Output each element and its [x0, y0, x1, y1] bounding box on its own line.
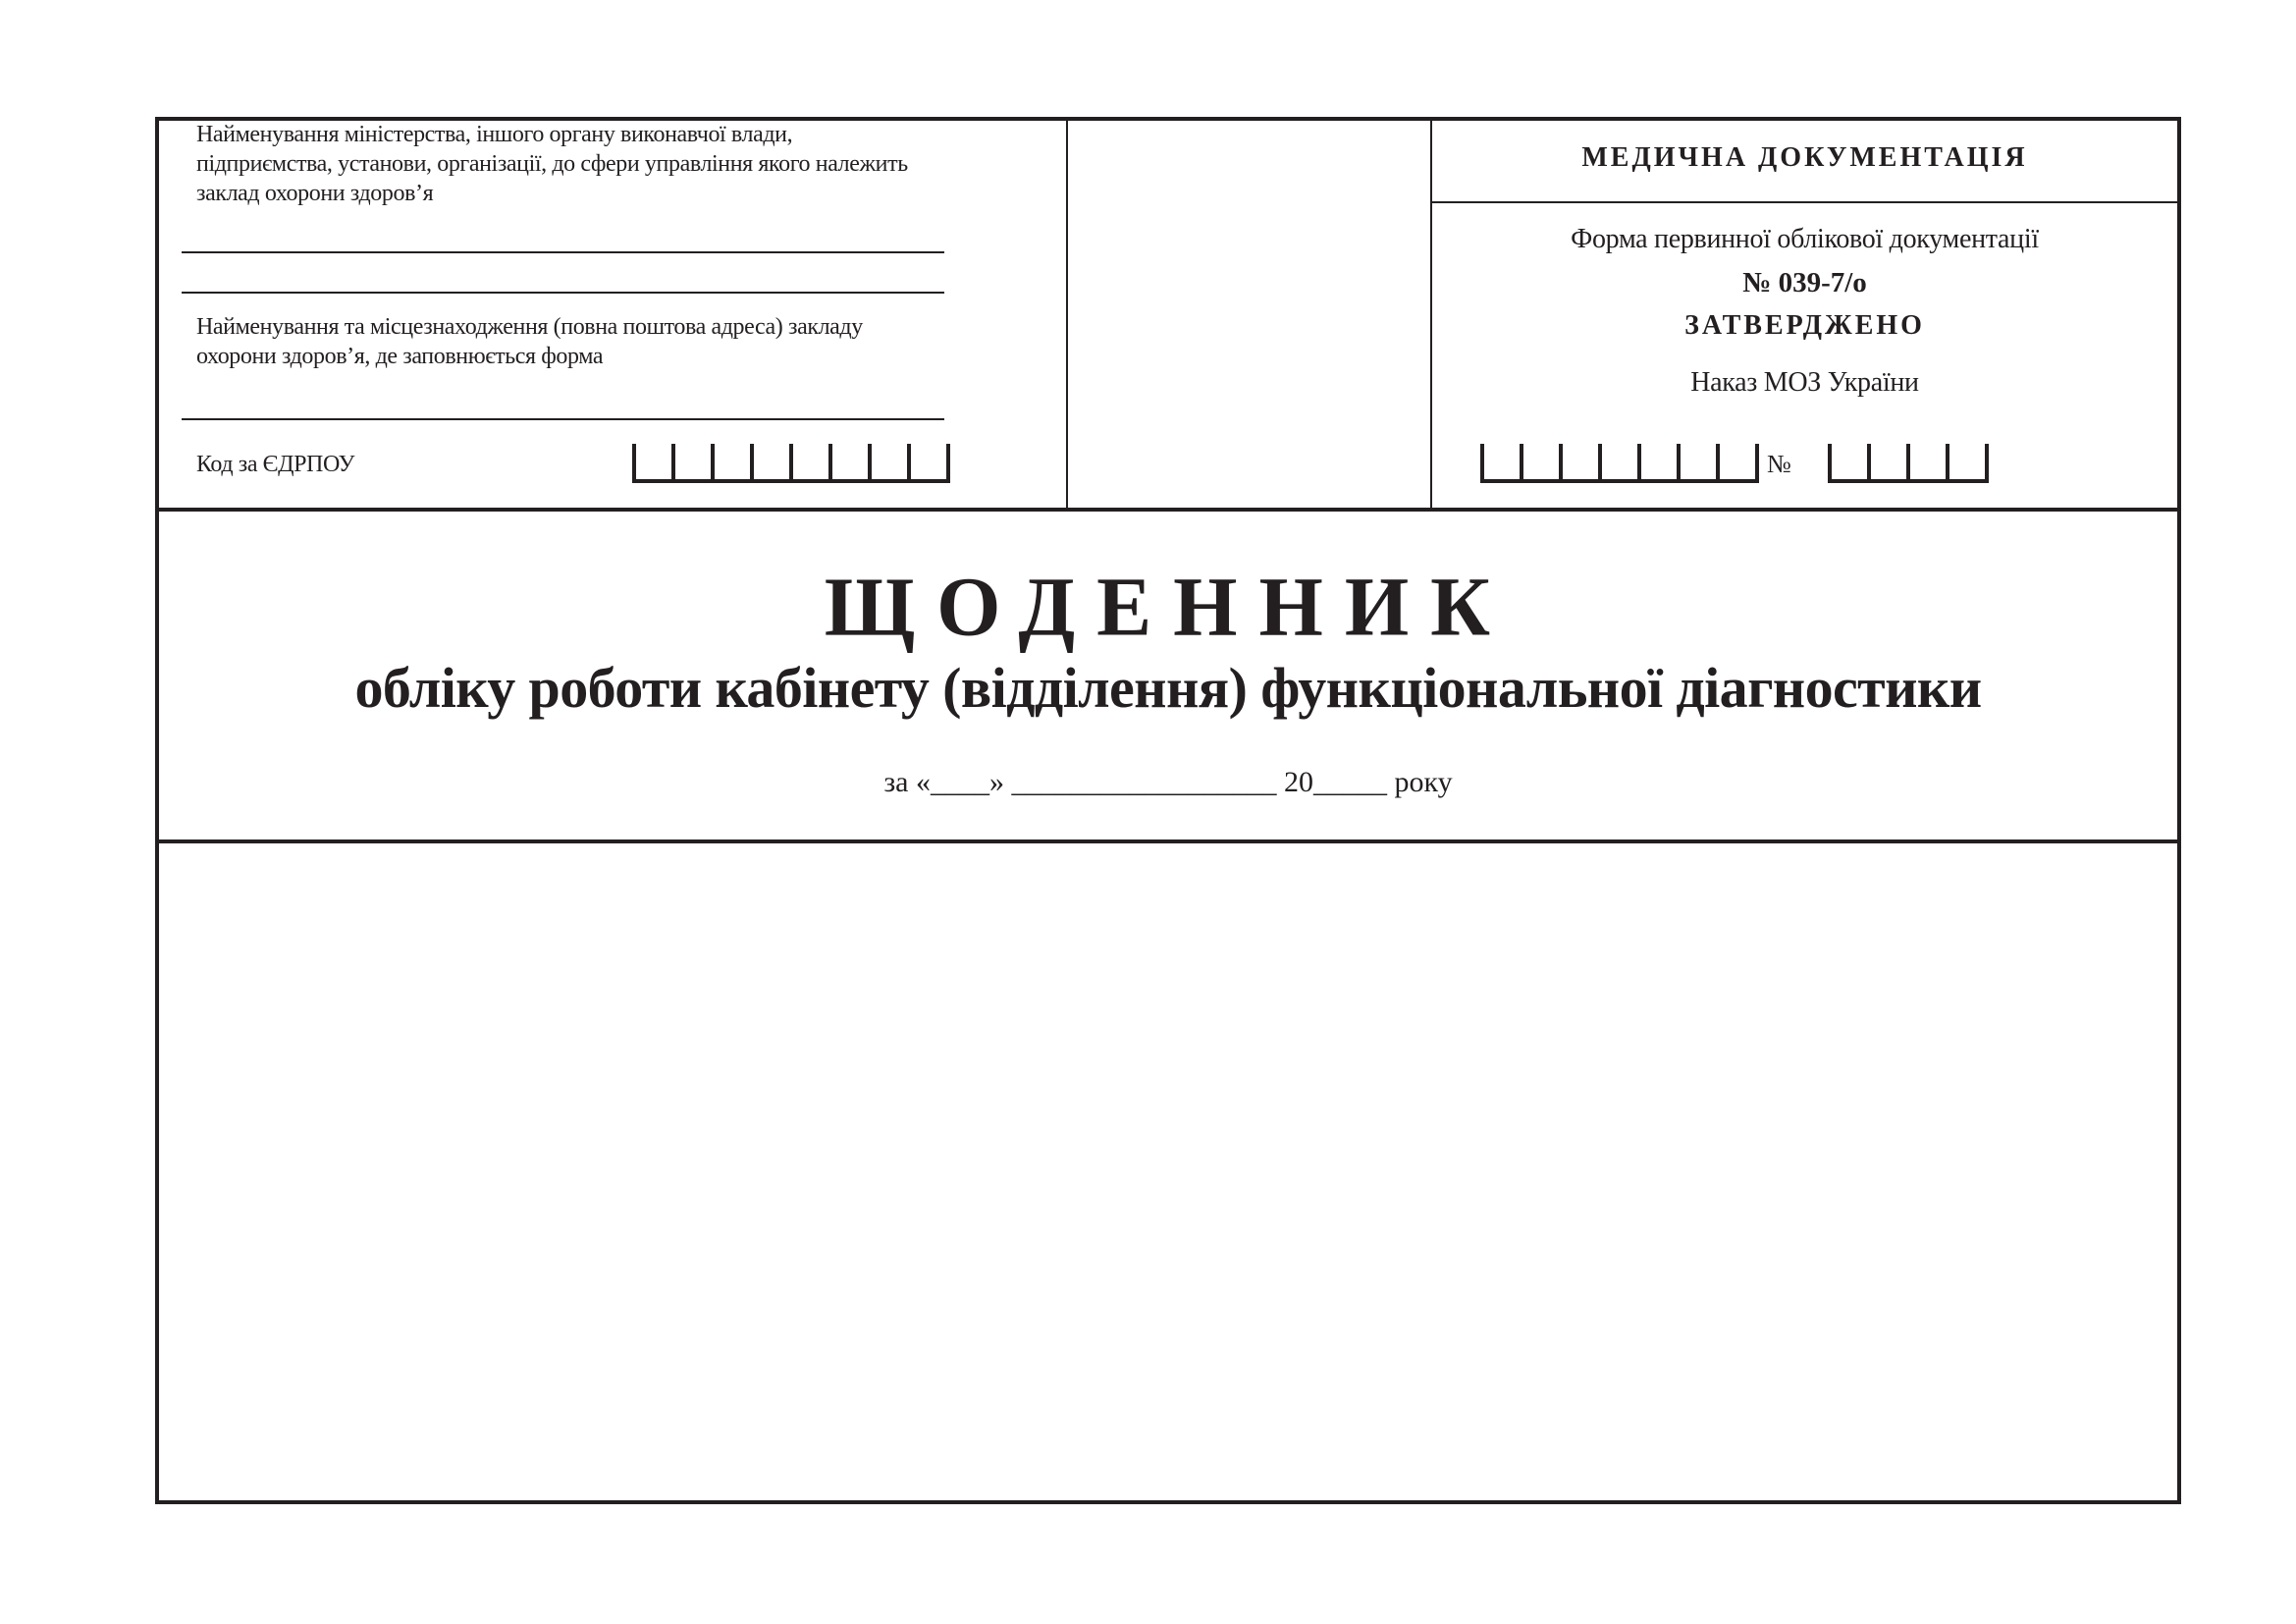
form-number: № 039-7/о — [1432, 267, 2177, 299]
institution-label-line-2: охорони здоров’я, де заповнюється форма — [196, 342, 863, 371]
edrpou-cell[interactable] — [911, 444, 950, 479]
order-date-cell[interactable] — [1602, 444, 1641, 479]
edrpou-cell[interactable] — [793, 444, 832, 479]
edrpou-cell[interactable] — [832, 444, 872, 479]
ministry-label-line-1: Найменування міністерства, іншого органу… — [196, 120, 908, 149]
order-date-cell[interactable] — [1681, 444, 1720, 479]
edrpou-label: Код за ЄДРПОУ — [196, 450, 354, 479]
order-number-cell[interactable] — [1832, 444, 1871, 479]
ministry-label-line-3: заклад охорони здоров’я — [196, 179, 908, 208]
ministry-name-field-line-2[interactable] — [182, 292, 944, 294]
header-column-divider-1 — [1066, 119, 1068, 510]
order-date-field[interactable] — [1480, 444, 1759, 483]
order-date-cell[interactable] — [1523, 444, 1563, 479]
ministry-label: Найменування міністерства, іншого органу… — [196, 120, 908, 208]
edrpou-cell[interactable] — [715, 444, 754, 479]
order-number-cell[interactable] — [1949, 444, 1989, 479]
header-bottom-divider — [155, 508, 2181, 512]
order-date-cell[interactable] — [1720, 444, 1759, 479]
order-number-field[interactable] — [1828, 444, 1989, 483]
edrpou-code-field[interactable] — [632, 444, 950, 483]
order-label: Наказ МОЗ України — [1432, 367, 2177, 399]
approved-label: ЗАТВЕРДЖЕНО — [1432, 310, 2177, 342]
edrpou-cell[interactable] — [675, 444, 715, 479]
medical-documentation-heading: МЕДИЧНА ДОКУМЕНТАЦІЯ — [1432, 142, 2177, 174]
order-date-cell[interactable] — [1563, 444, 1602, 479]
institution-name-field-line[interactable] — [182, 418, 944, 420]
order-number-cell[interactable] — [1910, 444, 1949, 479]
institution-label: Найменування та місцезнаходження (повна … — [196, 312, 863, 371]
form-label: Форма первинної облікової документації — [1432, 224, 2177, 255]
edrpou-cell[interactable] — [636, 444, 675, 479]
order-date-cell[interactable] — [1484, 444, 1523, 479]
med-doc-divider — [1431, 201, 2179, 203]
edrpou-cell[interactable] — [872, 444, 911, 479]
diary-body-area — [159, 843, 2177, 1500]
order-number-cell[interactable] — [1871, 444, 1910, 479]
institution-label-line-1: Найменування та місцезнаходження (повна … — [196, 312, 863, 342]
document-subtitle: обліку роботи кабінету (відділення) функ… — [159, 655, 2177, 721]
number-sign: № — [1767, 450, 1791, 479]
edrpou-cell[interactable] — [754, 444, 793, 479]
order-date-cell[interactable] — [1641, 444, 1681, 479]
ministry-label-line-2: підприємства, установи, організації, до … — [196, 149, 908, 179]
period-field[interactable]: за «____» __________________ 20_____ рок… — [159, 766, 2177, 799]
document-title: ЩОДЕННИК — [159, 559, 2177, 656]
ministry-name-field-line-1[interactable] — [182, 251, 944, 253]
